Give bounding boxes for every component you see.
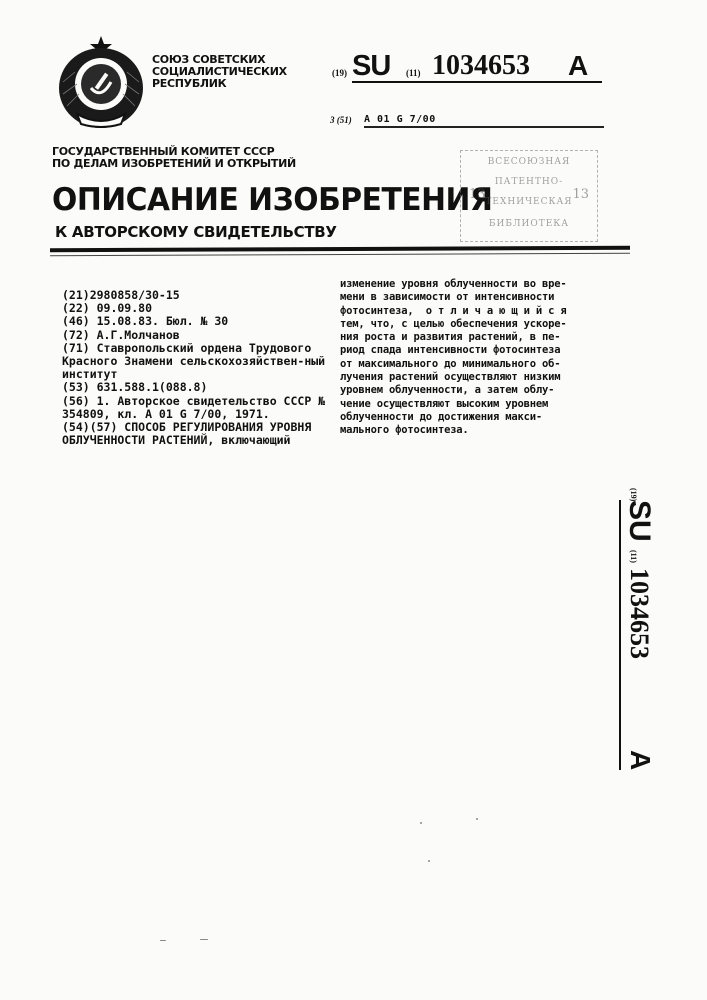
claim-line: риод спада интенсивности фотосинтеза: [340, 344, 598, 357]
state-name-line: РЕСПУБЛИК: [152, 78, 287, 90]
ipc-classification: 3 (51) A 01 G 7/00: [330, 114, 630, 128]
document-subtitle: К АВТОРСКОМУ СВИДЕТЕЛЬСТВУ: [55, 223, 337, 241]
stamp-mark: 13: [469, 187, 486, 202]
biblio-item: (46) 15.08.83. Бюл. № 30: [62, 315, 332, 328]
underline-rule: [352, 81, 602, 83]
side-patent-number: (19) SU (11) 1034653 A: [604, 488, 664, 778]
patent-number: 1034653: [624, 568, 654, 659]
patent-number-header: (19) SU (11) 1034653 A: [332, 50, 596, 84]
state-name: СОЮЗ СОВЕТСКИХ СОЦИАЛИСТИЧЕСКИХ РЕСПУБЛИ…: [152, 54, 287, 90]
claim-line: фотосинтеза, о т л и ч а ю щ и й с я: [340, 305, 598, 318]
number-tag: (11): [406, 68, 421, 78]
claim-line: лучения растений осуществляют низким: [340, 371, 598, 384]
document-title: ОПИСАНИЕ ИЗОБРЕТЕНИЯ: [52, 182, 492, 218]
scan-speck: [476, 818, 478, 820]
stamp-mark: 13: [572, 187, 589, 202]
divider-thin: [50, 253, 630, 257]
library-stamp: ВСЕСОЮЗНАЯ ПАТЕНТНО- ТЕХНИЧЕСКАЯ БИБЛИОТ…: [460, 150, 598, 242]
biblio-item: (53) 631.588.1(088.8): [62, 381, 332, 394]
scan-speck: [200, 939, 208, 940]
stamp-line: ПАТЕНТНО-: [461, 177, 597, 187]
claim-line: уровнем облученности, а затем облу-: [340, 384, 598, 397]
underline-rule: [619, 500, 621, 770]
bibliographic-data: (21)2980858/30-15 (22) 09.09.80 (46) 15.…: [62, 289, 332, 447]
country-code-tag: (19): [332, 68, 347, 78]
country-code: SU: [352, 50, 390, 83]
biblio-item: (54)(57) СПОСОБ РЕГУЛИРОВАНИЯ УРОВНЯ ОБЛ…: [62, 421, 332, 447]
committee-name: ГОСУДАРСТВЕННЫЙ КОМИТЕТ СССР ПО ДЕЛАМ ИЗ…: [52, 146, 296, 170]
claim-line: облученности до достижения макси-: [340, 411, 598, 424]
claim-text: изменение уровня облученности во вре- ме…: [340, 278, 598, 438]
stamp-line: ВСЕСОЮЗНАЯ: [461, 157, 597, 167]
ipc-value: A 01 G 7/00: [364, 114, 436, 125]
committee-line: ПО ДЕЛАМ ИЗОБРЕТЕНИЙ И ОТКРЫТИЙ: [52, 158, 296, 170]
biblio-item: (72) А.Г.Молчанов: [62, 329, 332, 342]
stamp-line: БИБЛИОТЕКА: [461, 219, 597, 229]
kind-code: A: [624, 750, 656, 770]
scan-speck: [428, 860, 430, 862]
claim-line: мального фотосинтеза.: [340, 424, 598, 437]
divider-thick: [50, 246, 630, 253]
biblio-item: (71) Ставропольский ордена Трудового Кра…: [62, 342, 332, 382]
country-code: SU: [622, 500, 656, 542]
claim-line: чение осуществляют высоким уровнем: [340, 398, 598, 411]
scan-speck: [160, 940, 166, 941]
scan-speck: [420, 822, 422, 824]
claim-line: тем, что, с целью обеспечения ускоре-: [340, 318, 598, 331]
number-tag: (11): [629, 550, 638, 563]
ussr-emblem-icon: [55, 32, 147, 132]
claim-line: мени в зависимости от интенсивности: [340, 291, 598, 304]
underline-rule: [364, 126, 604, 128]
claim-line: изменение уровня облученности во вре-: [340, 278, 598, 291]
ipc-tag: 3 (51): [330, 115, 352, 125]
kind-code: A: [568, 50, 588, 82]
patent-number: 1034653: [432, 50, 530, 82]
biblio-item: (56) 1. Авторское свидетельство СССР № 3…: [62, 395, 332, 421]
claim-line: от максимального до минимального об-: [340, 358, 598, 371]
claim-line: ния роста и развития растений, в пе-: [340, 331, 598, 344]
